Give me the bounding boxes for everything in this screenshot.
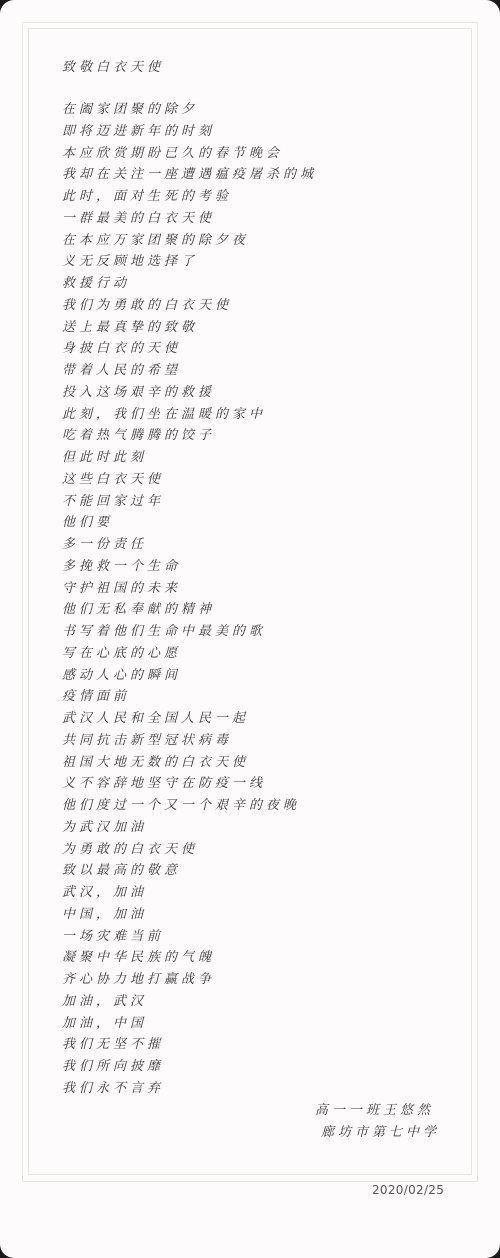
poem-line: 一场灾难当前 xyxy=(62,926,317,948)
poem-line: 感动人心的瞬间 xyxy=(62,665,317,687)
poem-line: 在本应万家团聚的除夕夜 xyxy=(62,230,317,252)
poem-line: 疫情面前 xyxy=(62,686,317,708)
poem-line: 写在心底的心愿 xyxy=(62,643,317,665)
poem-line: 此刻，我们坐在温暖的家中 xyxy=(62,404,317,426)
poem-line: 加油，中国 xyxy=(62,1013,317,1035)
poem-line: 吃着热气腾腾的饺子 xyxy=(62,425,317,447)
signature-block: 高一一班王悠然 廊坊市第七中学 xyxy=(315,1100,440,1144)
letter-card: 致敬白衣天使 在阖家团聚的除夕即将迈进新年的时刻本应欣赏期盼已久的春节晚会我却在… xyxy=(0,0,500,1258)
poem-line: 凝聚中华民族的气魄 xyxy=(62,947,317,969)
poem-line: 带着人民的希望 xyxy=(62,360,317,382)
poem-line: 即将迈进新年的时刻 xyxy=(62,121,317,143)
signature-author: 高一一班王悠然 xyxy=(315,1100,440,1122)
poem-line: 我们为勇敢的白衣天使 xyxy=(62,295,317,317)
poem-line: 救援行动 xyxy=(62,273,317,295)
document-date: 2020/02/25 xyxy=(372,1183,444,1197)
poem-line: 义不容辞地坚守在防疫一线 xyxy=(62,773,317,795)
poem-line: 身披白衣的天使 xyxy=(62,338,317,360)
poem-title: 致敬白衣天使 xyxy=(62,58,317,78)
poem-line: 我们所向披靡 xyxy=(62,1056,317,1078)
poem-line: 义无反顾地选择了 xyxy=(62,251,317,273)
poem-line: 我却在关注一座遭遇瘟疫屠杀的城 xyxy=(62,164,317,186)
poem-line: 祖国大地无数的白衣天使 xyxy=(62,752,317,774)
poem-line: 多一份责任 xyxy=(62,534,317,556)
poem-line: 他们度过一个又一个艰辛的夜晚 xyxy=(62,795,317,817)
poem-lines: 在阖家团聚的除夕即将迈进新年的时刻本应欣赏期盼已久的春节晚会我却在关注一座遭遇瘟… xyxy=(62,99,317,1100)
poem-line: 中国，加油 xyxy=(62,904,317,926)
poem-line: 书写着他们生命中最美的歌 xyxy=(62,621,317,643)
poem-line: 但此时此刻 xyxy=(62,447,317,469)
poem-line: 我们永不言弃 xyxy=(62,1078,317,1100)
poem-line: 送上最真挚的致敬 xyxy=(62,317,317,339)
signature-school: 廊坊市第七中学 xyxy=(315,1122,440,1144)
poem-line: 本应欣赏期盼已久的春节晚会 xyxy=(62,143,317,165)
poem-line: 共同抗击新型冠状病毒 xyxy=(62,730,317,752)
poem-line: 为勇敢的白衣天使 xyxy=(62,839,317,861)
poem-line: 一群最美的白衣天使 xyxy=(62,208,317,230)
poem-line: 他们要 xyxy=(62,512,317,534)
poem-line: 他们无私奉献的精神 xyxy=(62,599,317,621)
poem-line: 我们无坚不摧 xyxy=(62,1034,317,1056)
poem-line: 投入这场艰辛的救援 xyxy=(62,382,317,404)
poem-line: 武汉，加油 xyxy=(62,882,317,904)
poem-body: 致敬白衣天使 在阖家团聚的除夕即将迈进新年的时刻本应欣赏期盼已久的春节晚会我却在… xyxy=(62,58,317,1100)
poem-line: 武汉人民和全国人民一起 xyxy=(62,708,317,730)
poem-line: 在阖家团聚的除夕 xyxy=(62,99,317,121)
poem-line: 致以最高的敬意 xyxy=(62,860,317,882)
poem-line: 为武汉加油 xyxy=(62,817,317,839)
poem-line: 齐心协力地打赢战争 xyxy=(62,969,317,991)
poem-line: 守护祖国的未来 xyxy=(62,578,317,600)
poem-line: 这些白衣天使 xyxy=(62,469,317,491)
poem-line: 加油，武汉 xyxy=(62,991,317,1013)
poem-line: 不能回家过年 xyxy=(62,491,317,513)
poem-line: 此时，面对生死的考验 xyxy=(62,186,317,208)
poem-line: 多挽救一个生命 xyxy=(62,556,317,578)
